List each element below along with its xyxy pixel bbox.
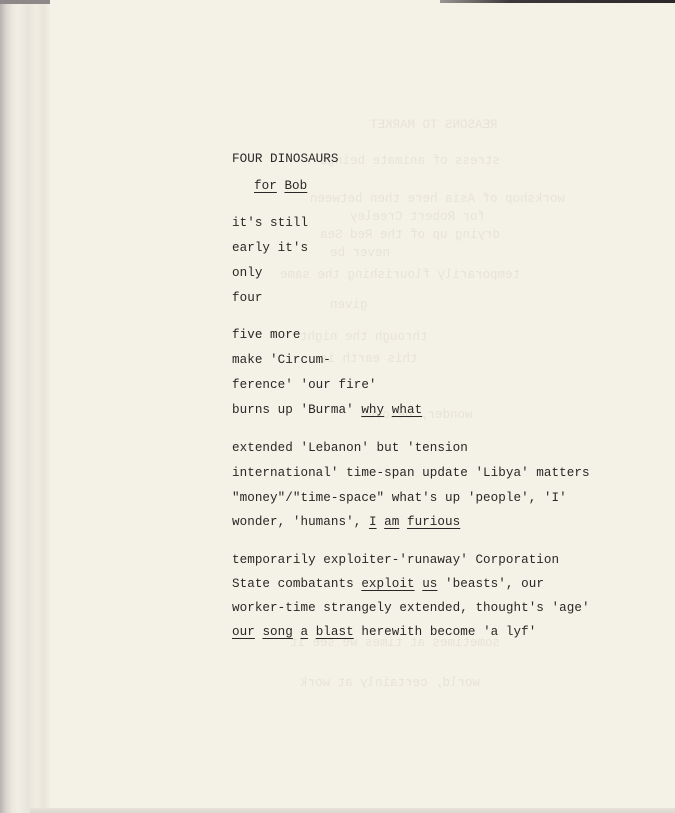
underlined-word: our bbox=[232, 625, 255, 639]
poem-title: FOUR DINOSAURS bbox=[232, 152, 339, 166]
underlined-word: what bbox=[392, 403, 422, 417]
stanza-4-line-1: temporarily exploiter-'runaway' Corporat… bbox=[232, 553, 559, 567]
stanza-2-line-1: five more bbox=[232, 328, 300, 342]
stanza-3-line-3: "money"/"time-space" what's up 'people',… bbox=[232, 491, 567, 505]
page-stack-shadow bbox=[0, 0, 50, 4]
stanza-1-line-3: only bbox=[232, 266, 262, 280]
stanza-1-line-2: early it's bbox=[232, 241, 308, 255]
stanza-4-line-3: worker-time strangely extended, thought'… bbox=[232, 601, 590, 615]
stanza-3-line-1: extended 'Lebanon' but 'tension bbox=[232, 441, 468, 455]
page-bottom-edge bbox=[30, 808, 675, 813]
stanza-1-line-1: it's still bbox=[232, 216, 308, 230]
stanza-2-line-4: burns up 'Burma' why what bbox=[232, 403, 422, 417]
stanza-1-line-4: four bbox=[232, 291, 262, 305]
stacked-page-edges bbox=[0, 0, 50, 813]
text-segment: herewith become 'a lyf' bbox=[354, 625, 537, 639]
text-segment: State combatants bbox=[232, 577, 361, 591]
text-segment bbox=[308, 625, 316, 639]
dedication: for Bob bbox=[254, 179, 307, 193]
stanza-4-line-2: State combatants exploit us 'beasts', ou… bbox=[232, 577, 544, 591]
stanza-3-line-4: wonder, 'humans', I am furious bbox=[232, 515, 460, 529]
top-edge-shadow bbox=[440, 0, 675, 3]
text-segment bbox=[399, 515, 407, 529]
text-segment: burns up 'Burma' bbox=[232, 403, 361, 417]
underlined-word: am bbox=[384, 515, 399, 529]
text-segment bbox=[384, 403, 392, 417]
underlined-word: why bbox=[361, 403, 384, 417]
stanza-2-line-3: ference' 'our fire' bbox=[232, 378, 377, 392]
underlined-word: furious bbox=[407, 515, 460, 529]
underlined-word: a bbox=[300, 625, 308, 639]
underlined-word: us bbox=[422, 577, 437, 591]
text-segment: wonder, 'humans', bbox=[232, 515, 369, 529]
text-segment: 'beasts', our bbox=[437, 577, 544, 591]
text-segment bbox=[377, 515, 385, 529]
stanza-2-line-2: make 'Circum- bbox=[232, 353, 331, 367]
stanza-4-line-4: our song a blast herewith become 'a lyf' bbox=[232, 625, 536, 639]
underlined-word: blast bbox=[316, 625, 354, 639]
underlined-word: exploit bbox=[361, 577, 414, 591]
stanza-3-line-2: international' time-span update 'Libya' … bbox=[232, 466, 590, 480]
dedication-name: Bob bbox=[284, 179, 307, 193]
underlined-word: I bbox=[369, 515, 377, 529]
underlined-word: song bbox=[262, 625, 292, 639]
dedication-for: for bbox=[254, 179, 277, 193]
